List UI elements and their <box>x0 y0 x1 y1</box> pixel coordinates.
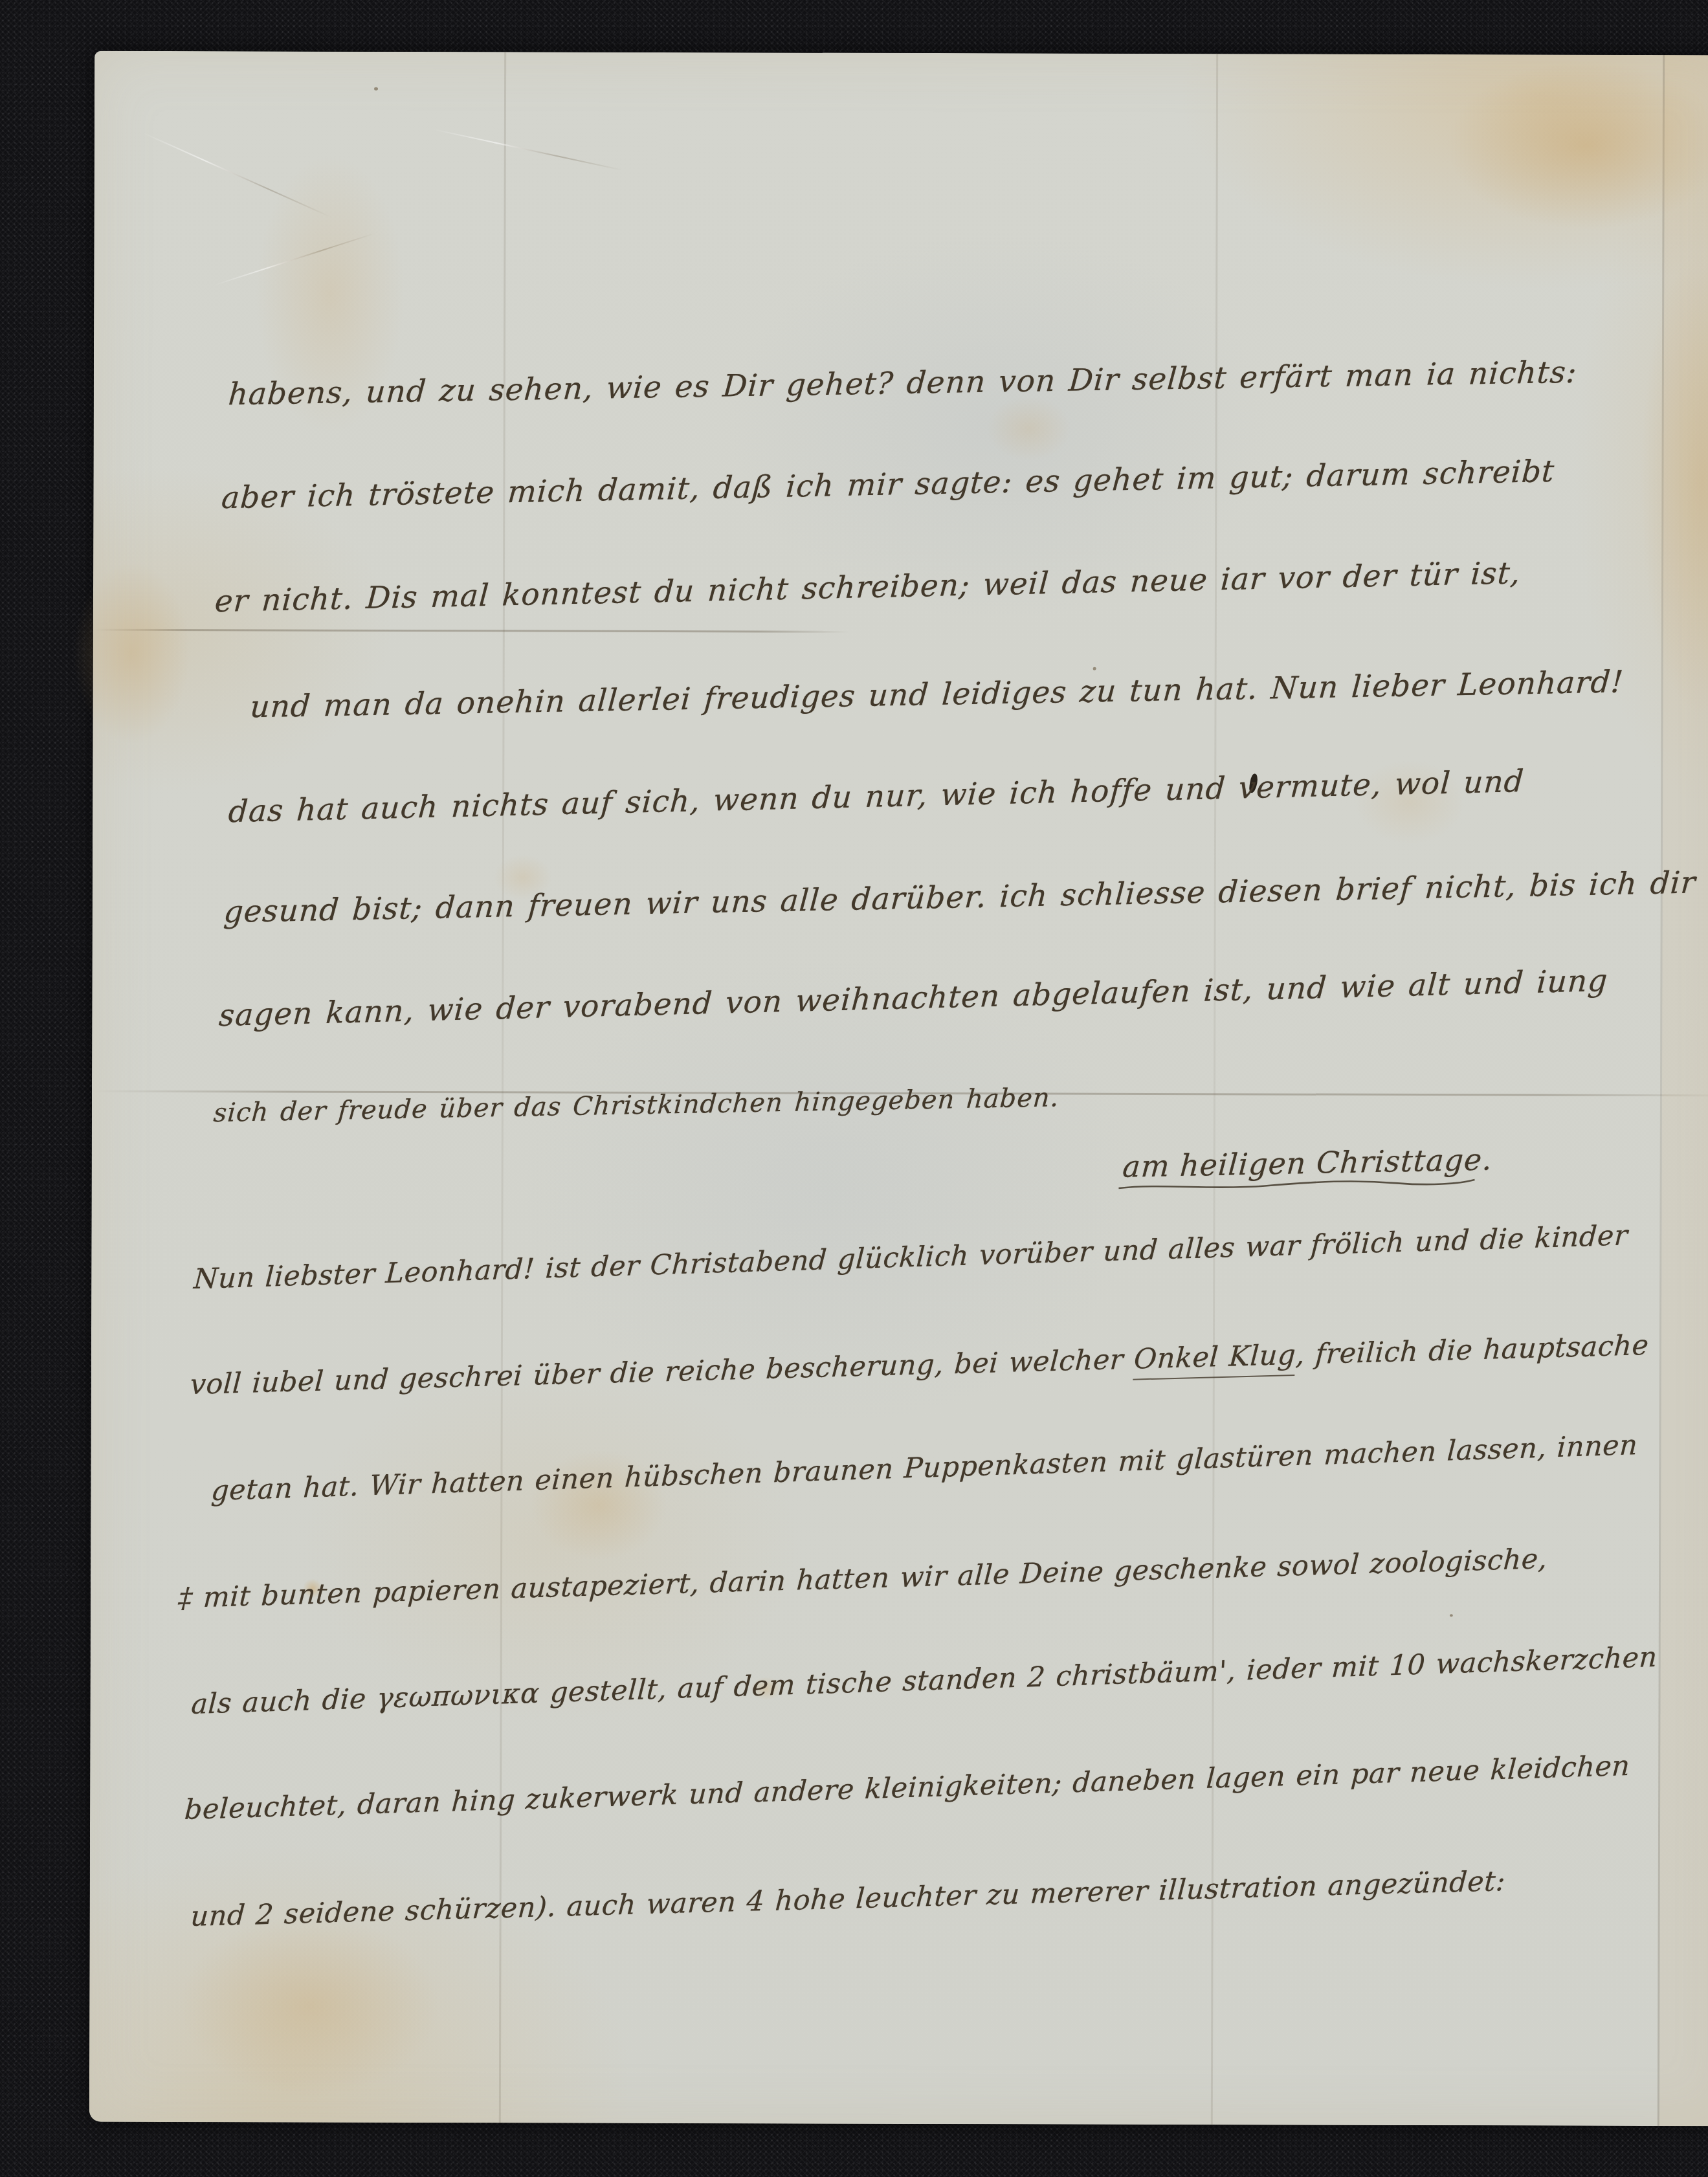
line-text: voll iubel und geschrei über die reiche … <box>189 1343 1135 1402</box>
handwritten-line: und man da onehin allerlei freudiges und… <box>249 664 1625 725</box>
paper-speck <box>374 87 378 91</box>
handwritten-line: voll iubel und geschrei über die reiche … <box>189 1329 1650 1401</box>
stain <box>987 396 1071 461</box>
section-heading: am heiligen Christtage. <box>1122 1142 1494 1184</box>
handwritten-line: beleuchtet, daran hing zukerwerk und and… <box>184 1750 1631 1826</box>
folded-edge-shade <box>1659 55 1708 2126</box>
handwritten-line: gesund bist; dann freuen wir uns alle da… <box>223 865 1697 931</box>
handwritten-line: ‡ mit bunten papieren austapeziert, dari… <box>177 1543 1548 1615</box>
scan-background: { "colors": { "background_fabric": "#111… <box>0 0 1708 2177</box>
handwritten-line: getan hat. Wir hatten einen hübschen bra… <box>210 1429 1639 1507</box>
crinkle-line <box>142 132 331 218</box>
underlined-name: Onkel Klug <box>1133 1339 1296 1380</box>
handwritten-line: aber ich tröstete mich damit, daß ich mi… <box>221 454 1556 516</box>
fold-crease-horizontal <box>93 629 849 633</box>
handwritten-line: und 2 seidene schürzen). auch waren 4 ho… <box>190 1865 1506 1933</box>
line-text: , freilich die hauptsache <box>1295 1329 1650 1371</box>
handwritten-line: das hat auch nichts auf sich, wenn du nu… <box>227 764 1525 830</box>
handwritten-line: als auch die γεωπωνικα gestellt, auf dem… <box>190 1641 1658 1721</box>
handwritten-line: habens, und zu sehen, wie es Dir gehet? … <box>227 355 1579 413</box>
handwritten-line: Nun liebster Leonhard! ist der Christabe… <box>193 1219 1629 1296</box>
fold-crease-vertical <box>1658 55 1665 2126</box>
crinkle-line <box>214 233 375 286</box>
handwritten-line: sich der freude über das Christkindchen … <box>212 1083 1060 1128</box>
stain <box>1640 249 1708 715</box>
paper-speck <box>1450 1614 1453 1617</box>
paper-speck <box>1093 667 1096 670</box>
stain <box>1447 61 1708 230</box>
stain <box>73 562 190 744</box>
handwritten-line: er nicht. Dis mal konntest du nicht schr… <box>214 555 1522 619</box>
handwritten-line: sagen kann, wie der vorabend von weihnac… <box>218 963 1609 1033</box>
crinkle-line <box>433 129 623 171</box>
letter-page: habens, und zu sehen, wie es Dir gehet? … <box>89 51 1708 2127</box>
stain <box>180 1915 439 2097</box>
